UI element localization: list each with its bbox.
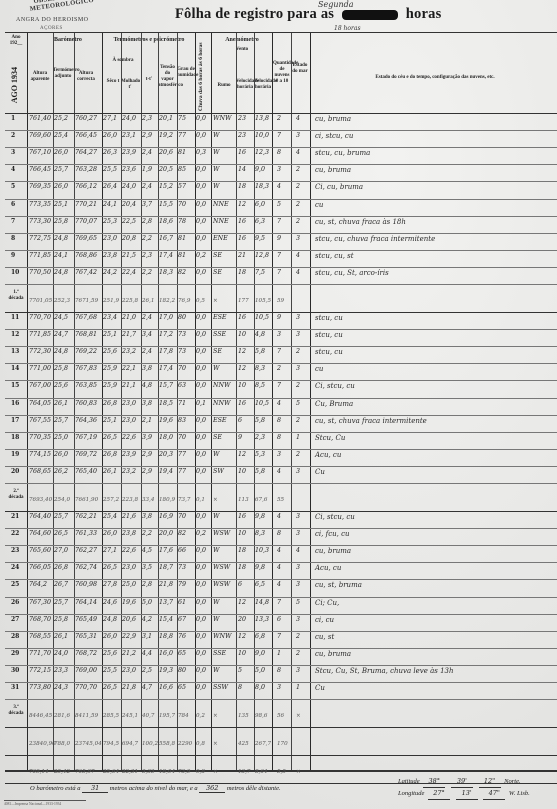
day-number: 1 (11, 115, 15, 122)
cell-dir: W (213, 149, 219, 156)
latitude-label: Latitude (398, 778, 420, 785)
cell-hum: 71 (178, 400, 186, 407)
cell-dir: W (213, 132, 219, 139)
col-molhado: Molhado t' (121, 79, 139, 91)
cell-vel: 135 (238, 713, 249, 719)
cell-dif: 2,8 (142, 218, 152, 225)
cell-dif: 2,2 (142, 530, 152, 537)
cell-mean: 5,8 (255, 348, 265, 355)
cell-alt: 767,10 (29, 149, 51, 156)
cell-corr: 8411,59 (75, 713, 98, 719)
cell-tens: 15,2 (159, 183, 173, 190)
cell-sky: Ci, cu, bruma (315, 183, 363, 191)
cell-rain: 0,8 (196, 741, 205, 747)
cell-hum: 82 (178, 530, 186, 537)
cell-alt: 774,15 (29, 451, 51, 458)
cell-sea: 2 (296, 218, 300, 225)
cell-vel: 20 (238, 616, 246, 623)
cell-sea: 3 (296, 564, 300, 571)
row-divider (5, 579, 557, 580)
cell-tm: 23,0 (122, 400, 136, 407)
cell-tens: 18,3 (159, 269, 173, 276)
cell-term: 26,8 (54, 564, 68, 571)
cell-vel: 23 (238, 115, 246, 122)
cell-corr: 765,40 (75, 468, 97, 475)
cell-dir: W (213, 667, 219, 674)
cell-cloud: 7 (277, 599, 281, 606)
longitude-label: Longitude (398, 790, 424, 797)
cell-mean: 10,3 (255, 547, 269, 554)
cell-vel: 12 (238, 365, 246, 372)
cell-sea: 3 (296, 530, 300, 537)
cell-t: 26,8 (103, 400, 117, 407)
cell-vel: 16 (238, 218, 246, 225)
cell-corr: 768,72 (75, 650, 97, 657)
cell-alt: 773,30 (29, 218, 51, 225)
cell-hum: 73 (178, 331, 186, 338)
cell-vel: 18 (238, 269, 246, 276)
cell-rain: 0,1 (196, 497, 205, 503)
cell-sky: stcu, cu (315, 348, 343, 356)
column-divider (177, 33, 178, 770)
cell-sky: stcu, cu (315, 331, 343, 339)
table-row: 30772,1523,3769,0025,523,02,519,3800,0W5… (5, 665, 557, 682)
shade-header: À sombra (105, 58, 141, 64)
table-row: 3767,1026,0764,2726,323,92,420,6810,3W16… (5, 147, 557, 164)
cell-vel: 16 (238, 513, 246, 520)
day-number: 24 (11, 564, 19, 571)
cell-term: 24,1 (54, 252, 68, 259)
cell-alt: 772,75 (29, 235, 51, 242)
cell-sea: 3 (296, 468, 300, 475)
cell-sky: Ci; Cu, (315, 599, 339, 607)
cell-hum: 77 (178, 451, 186, 458)
cell-corr: 769,00 (75, 667, 97, 674)
cell-term: 25,0 (54, 434, 68, 441)
day-number: 3 (11, 149, 15, 156)
table-row: 14771,0025,8767,8325,922,13,817,4700,0W1… (5, 363, 557, 380)
cell-sky: stcu, cu, St, arco-íris (315, 269, 389, 277)
cell-vel: 12 (238, 633, 246, 640)
cell-dir: NNW (213, 400, 231, 407)
cell-cloud: 8 (277, 417, 281, 424)
day-number: 12 (11, 331, 19, 338)
cell-rain: 0,8 (196, 769, 205, 775)
table-row: 31773,8024,3770,7026,521,84,716,6650,0SS… (5, 682, 557, 699)
cell-sea: 3 (296, 616, 300, 623)
cell-tens: 17,4 (159, 365, 173, 372)
cell-mean: 6,5 (255, 581, 265, 588)
cell-dif: 3,5 (142, 564, 152, 571)
cell-dif: 3,9 (142, 434, 152, 441)
cell-alt: 764,2 (29, 581, 47, 588)
decade-label: 2.ª década (7, 489, 25, 501)
decade-label: 3.ª década (7, 705, 25, 717)
cell-sky: Stcu, Cu (315, 434, 345, 442)
cell-alt: 767,55 (29, 417, 51, 424)
barometer-distance: 362 (199, 784, 225, 793)
cell-tens: 19,4 (159, 468, 173, 475)
cell-vel: 10 (238, 382, 246, 389)
day-number: 18 (11, 434, 19, 441)
cell-corr: 7661,90 (75, 497, 98, 503)
cell-mean: 8,3 (255, 365, 265, 372)
column-divider (236, 33, 237, 770)
cell-mean: 5,8 (255, 417, 265, 424)
cell-sea: 1 (296, 434, 300, 441)
cell-cloud: 4 (277, 547, 281, 554)
cell-rain: 0,2 (196, 530, 206, 537)
cell-tm: 245,1 (122, 713, 138, 719)
cell-alt: 772,15 (29, 667, 51, 674)
cell-alt: 771,85 (29, 331, 51, 338)
cell-tens: 18,8 (159, 633, 173, 640)
cell-alt: 766,05 (29, 564, 51, 571)
cell-vel: 10 (238, 331, 246, 338)
cell-mean: 9,0 (255, 166, 265, 173)
cell-cloud: 1 (277, 650, 281, 657)
cell-alt: 770,70 (29, 314, 51, 321)
table-row: 22764,6026,5761,3326,023,82,220,0820,2WS… (5, 528, 557, 545)
cell-cloud: 4 (277, 468, 281, 475)
cell-term: 24,8 (54, 269, 68, 276)
day-number: 31 (11, 684, 19, 691)
cell-t: 26,0 (103, 132, 117, 139)
row-divider (5, 631, 557, 632)
cell-hum: 63 (178, 382, 186, 389)
column-divider (53, 33, 54, 770)
cell-dir: × (213, 497, 218, 503)
cell-corr: 763,85 (75, 382, 97, 389)
cell-cloud: 7 (277, 132, 281, 139)
cell-alt: 767,30 (29, 599, 51, 606)
cell-hum: 81 (178, 252, 186, 259)
cell-mean: 8,3 (255, 530, 265, 537)
cell-term: 254,0 (54, 497, 70, 503)
row-divider (5, 665, 557, 666)
cell-dir: WNW (213, 633, 231, 640)
cell-hum: 70 (178, 201, 186, 208)
cell-corr: 7671,59 (75, 298, 98, 304)
cell-vel: 13,7 (238, 769, 250, 775)
column-divider (272, 33, 273, 770)
cell-vel: 12 (238, 599, 246, 606)
cell-vel: 16 (238, 400, 246, 407)
cell-tm: 223,8 (122, 497, 138, 503)
cell-dif: 1,9 (142, 166, 152, 173)
cell-corr: 765,49 (75, 616, 97, 623)
cell-cloud: 3 (277, 684, 281, 691)
cell-vel: 113 (238, 497, 249, 503)
cell-dif: 4,4 (142, 650, 152, 657)
decade-summary-row: 23840,90788,023745,04794,5694,7100,2558,… (5, 727, 557, 755)
cell-rain: 0,0 (196, 201, 206, 208)
latitude-seconds: 12" (479, 776, 501, 788)
printer-mark: 4081—Imprensa Nacional—1933-1934 (4, 800, 86, 806)
table-row: 1761,4025,2760,2727,124,02,320,1750,0WNW… (5, 113, 557, 130)
row-divider (5, 755, 557, 756)
cell-sea: 3 (296, 331, 300, 338)
cell-sea: 2 (296, 183, 300, 190)
cell-cloud: 8 (277, 530, 281, 537)
table-row: 15767,0025,6763,8525,921,14,815,7630,0NN… (5, 380, 557, 397)
cell-sea: 3 (296, 235, 300, 242)
cell-rain: 0,0 (196, 434, 206, 441)
cell-cloud: 4 (277, 183, 281, 190)
cell-term: 24,7 (54, 331, 68, 338)
cell-tm: 21,1 (122, 382, 136, 389)
column-divider (121, 33, 122, 770)
cell-dif: 2,5 (142, 667, 152, 674)
cell-hum: 73,9 (178, 769, 190, 775)
column-divider (158, 33, 159, 770)
cell-dif: 3,8 (142, 365, 152, 372)
cell-tm: 23,2 (122, 468, 136, 475)
cell-alt: 772,30 (29, 348, 51, 355)
cell-tm: 23,0 (122, 417, 136, 424)
cell-sky: stcu, cu, chuva fraca intermitente (315, 235, 435, 243)
cell-mean: 10,5 (255, 400, 269, 407)
cell-tm: 225,8 (122, 298, 138, 304)
cell-dif: 2,4 (142, 149, 152, 156)
cell-cloud: 8 (277, 149, 281, 156)
barometer-note-text: O barómetro está a (30, 785, 81, 792)
cell-mean: 13,8 (255, 115, 269, 122)
row-divider (5, 415, 557, 416)
cell-hum: 83 (178, 417, 186, 424)
cell-tm: 21,5 (122, 252, 136, 259)
cell-corr: 764,27 (75, 149, 97, 156)
cell-dif: 3,33 (142, 769, 154, 775)
cell-t: 27,8 (103, 581, 117, 588)
day-number: 16 (11, 400, 19, 407)
day-number: 8 (11, 235, 15, 242)
cell-rain: 0,0 (196, 132, 206, 139)
cell-corr: 769,65 (75, 235, 97, 242)
cell-vel: 18 (238, 547, 246, 554)
cell-alt: 764,40 (29, 513, 51, 520)
day-number: 30 (11, 667, 19, 674)
cell-dir: SSE (213, 650, 226, 657)
cell-vel: 21 (238, 252, 246, 259)
cell-tens: 20,6 (159, 149, 173, 156)
row-divider (5, 233, 557, 234)
cell-alt: 768,55 (29, 633, 51, 640)
row-divider (5, 727, 557, 728)
day-number: 27 (11, 616, 19, 623)
handwritten-day: Segunda (318, 0, 354, 9)
cell-alt: 766,45 (29, 166, 51, 173)
cell-cloud: 4 (277, 581, 281, 588)
decade-summary-row: 3.ª década8446,45281,68411,59285,5245,14… (5, 699, 557, 727)
cell-dif: 2,4 (142, 314, 152, 321)
table-row: 4766,4525,7763,2825,523,61,920,5850,0W14… (5, 164, 557, 181)
cell-tens: 15,7 (159, 382, 173, 389)
cell-tens: 17,0 (159, 314, 173, 321)
cell-sky: stcu, cu, st (315, 252, 354, 260)
cell-t: 25,1 (103, 331, 117, 338)
cell-vel: 6 (238, 417, 242, 424)
cell-sky: Stcu, Cu, St, Bruma, chuva leve às 13h (315, 667, 454, 675)
cell-hum: 65 (178, 684, 186, 691)
cell-rain: 0,0 (196, 468, 206, 475)
cell-corr: 770,70 (75, 684, 97, 691)
cell-dir: NNE (213, 218, 229, 225)
cell-vel: 16 (238, 149, 246, 156)
row-divider (5, 147, 557, 148)
row-divider (5, 699, 557, 700)
cell-rain: 0,0 (196, 650, 206, 657)
cell-corr: 760,27 (75, 115, 97, 122)
cell-mean: 98,6 (255, 713, 267, 719)
cell-dif: 5,0 (142, 599, 152, 606)
cell-corr: 762,27 (75, 547, 97, 554)
cell-t: 794,5 (103, 741, 119, 747)
cell-tens: 18,7 (159, 564, 173, 571)
cell-tens: 15,4 (159, 616, 173, 623)
cell-mean: 105,5 (255, 298, 271, 304)
day-number: 28 (11, 633, 19, 640)
col-altura-correcta: Altura correcta (74, 71, 98, 83)
cell-sky: cu, bruma (315, 166, 351, 174)
column-divider (141, 33, 142, 770)
latitude-degrees: 38° (423, 776, 445, 788)
cell-sky: Ci, stcu, cu (315, 382, 355, 390)
cell-hum: 70 (178, 434, 186, 441)
column-divider (74, 33, 75, 770)
cell-tm: 20,6 (122, 616, 136, 623)
cell-hum: 57 (178, 183, 186, 190)
cell-rain: 0,0 (196, 633, 206, 640)
cell-t: 26,8 (103, 451, 117, 458)
cell-sea: 4 (296, 547, 300, 554)
cell-rain: 0,0 (196, 547, 206, 554)
cell-hum: 73 (178, 348, 186, 355)
row-divider (5, 597, 557, 598)
cell-t: 25,3 (103, 218, 117, 225)
cell-vel: 12 (238, 201, 246, 208)
cell-rain: 0,0 (196, 564, 206, 571)
cell-mean: 6,3 (255, 218, 265, 225)
day-number: 6 (11, 201, 15, 208)
table-row: 7773,3025,8770,0725,322,52,818,6780,0NNE… (5, 216, 557, 233)
cell-hum: 80 (178, 314, 186, 321)
cell-term: 252,3 (54, 298, 70, 304)
column-divider (211, 33, 212, 770)
cell-cloud: 55 (277, 497, 284, 503)
cell-t: 26,5 (103, 564, 117, 571)
day-number: 29 (11, 650, 19, 657)
cell-t: 26,0 (103, 530, 117, 537)
title-text: Fôlha de registro para as (175, 6, 334, 22)
cell-dif: 4,5 (142, 547, 152, 554)
cell-hum: 82 (178, 269, 186, 276)
col-altura-aparente: Altura aparente (28, 71, 52, 83)
cell-dif: 2,1 (142, 417, 152, 424)
cell-tens: 20,5 (159, 166, 173, 173)
longitude-seconds: 47" (483, 788, 505, 800)
cell-tm: 694,7 (122, 741, 138, 747)
cell-dir: W (213, 513, 219, 520)
cell-mean: 10,0 (255, 132, 269, 139)
cell-tm: 23,1 (122, 132, 136, 139)
cell-sky: cu (315, 201, 323, 209)
cell-dif: 2,9 (142, 451, 152, 458)
col-estado-ceu: Estado do céu e do tempo, configuração d… (313, 75, 557, 81)
cell-hum: 76 (178, 633, 186, 640)
cell-alt: 771,70 (29, 650, 51, 657)
row-divider (5, 216, 557, 217)
cell-tm: 23,9 (122, 451, 136, 458)
cell-cloud: 8 (277, 434, 281, 441)
cell-dif: 4,8 (142, 382, 152, 389)
cell-corr: 766,12 (75, 183, 97, 190)
cell-alt: 770,50 (29, 269, 51, 276)
cell-tens: 20,1 (159, 115, 173, 122)
cell-dir: ESE (213, 417, 227, 424)
cell-rain: 0,0 (196, 235, 206, 242)
cell-t: 27,1 (103, 547, 117, 554)
cell-t: 26,4 (103, 183, 117, 190)
row-divider (5, 545, 557, 546)
cell-dif: 40,7 (142, 713, 154, 719)
col-rumo: Rumo (212, 83, 236, 89)
table-row: 19774,1526,0769,7226,823,92,920,3770,0W1… (5, 449, 557, 466)
cell-dir: SSE (213, 331, 226, 338)
table-row: 2769,6025,4766,4526,023,12,919,2770,0W23… (5, 130, 557, 147)
cell-rain: 0,0 (196, 513, 206, 520)
decade-summary-row: 2.ª década7693,40254,07661,90257,2223,83… (5, 483, 557, 511)
cell-sea: 2 (296, 201, 300, 208)
cell-cloud: 4 (277, 400, 281, 407)
cell-rain: 0,0 (196, 616, 206, 623)
cell-tm: 22,31 (122, 769, 138, 775)
cell-t: 27,1 (103, 115, 117, 122)
table-row: 17767,5525,7764,3625,123,02,119,6830,0ES… (5, 415, 557, 432)
cell-vel: 10 (238, 650, 246, 657)
cell-sky: Cu, Bruma (315, 400, 353, 408)
rain-header: Chuva das 6 horas às 6 horas (198, 41, 204, 111)
cell-cloud: 170 (277, 741, 288, 747)
table-row: 27768,7025,8765,4924,820,64,215,4670,0W2… (5, 614, 557, 631)
cell-dir: × (213, 769, 218, 775)
cell-cloud: 7 (277, 269, 281, 276)
cell-sky: cu, st (315, 633, 334, 641)
column-divider (254, 33, 255, 770)
cell-mean: 13,3 (255, 616, 269, 623)
cell-dif: 3,7 (142, 201, 152, 208)
observatory-location: ANGRA DO HEROISMO (16, 17, 89, 23)
table-row: 23765,6027,0762,2727,122,64,517,6660,0W1… (5, 545, 557, 562)
cell-tm: 21,2 (122, 650, 136, 657)
cell-dif: 4,2 (142, 616, 152, 623)
cell-alt: 769,14 (29, 769, 49, 775)
cell-alt: 767,00 (29, 382, 51, 389)
year-label: Ano 192__ (7, 35, 25, 47)
day-number: 13 (11, 348, 19, 355)
table-row: 25764,226,7760,9827,825,02,821,8790,0WSW… (5, 579, 557, 596)
col-tensao-vapor: Tensão do vapor atmosférico (158, 65, 177, 89)
cell-corr: 768,86 (75, 252, 97, 259)
cell-sea: 3 (296, 581, 300, 588)
cell-tm: 21,0 (122, 314, 136, 321)
cell-vel: 177 (238, 298, 249, 304)
cell-alt: 771,00 (29, 365, 51, 372)
cell-tm: 19,6 (122, 599, 136, 606)
cell-cloud: 9 (277, 235, 281, 242)
row-divider (5, 432, 557, 433)
cell-vel: 6 (238, 581, 242, 588)
